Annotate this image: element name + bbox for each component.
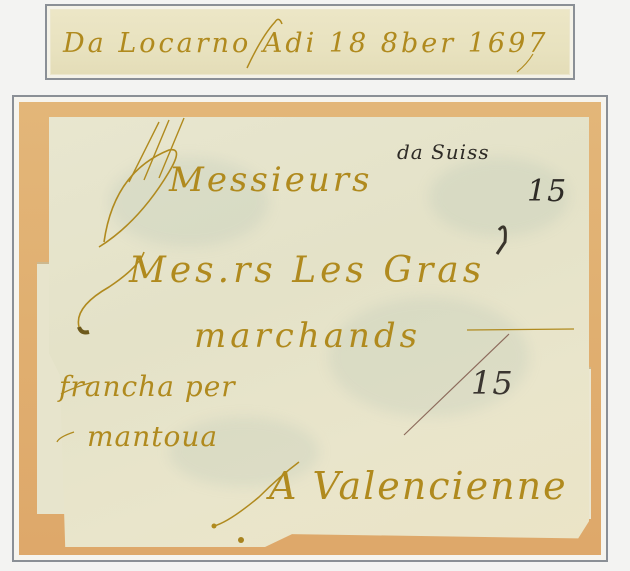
franking-line-2: mantoua [87,420,218,453]
destination-text: A Valencienne [269,464,568,508]
salutation-text: Messieurs [169,160,372,200]
dateline-text: Da Locarno Adi 18 8ber 1697 [63,28,548,59]
addressee-line: Mes.rs Les Gras [129,250,485,291]
rate-mark-top: 15 [527,174,567,209]
frame-mat: Messieurs da Suiss 15 Mes.rs Les Gras ma… [19,102,601,555]
letter-frame: Messieurs da Suiss 15 Mes.rs Les Gras ma… [12,95,608,562]
dateline-excerpt: Da Locarno Adi 18 8ber 1697 [45,4,575,80]
top-right-note: da Suiss [397,140,490,164]
franking-line-1: francha per [59,370,236,403]
merchants-line: marchands [194,316,421,356]
rate-mark-middle: 15 [471,364,514,402]
